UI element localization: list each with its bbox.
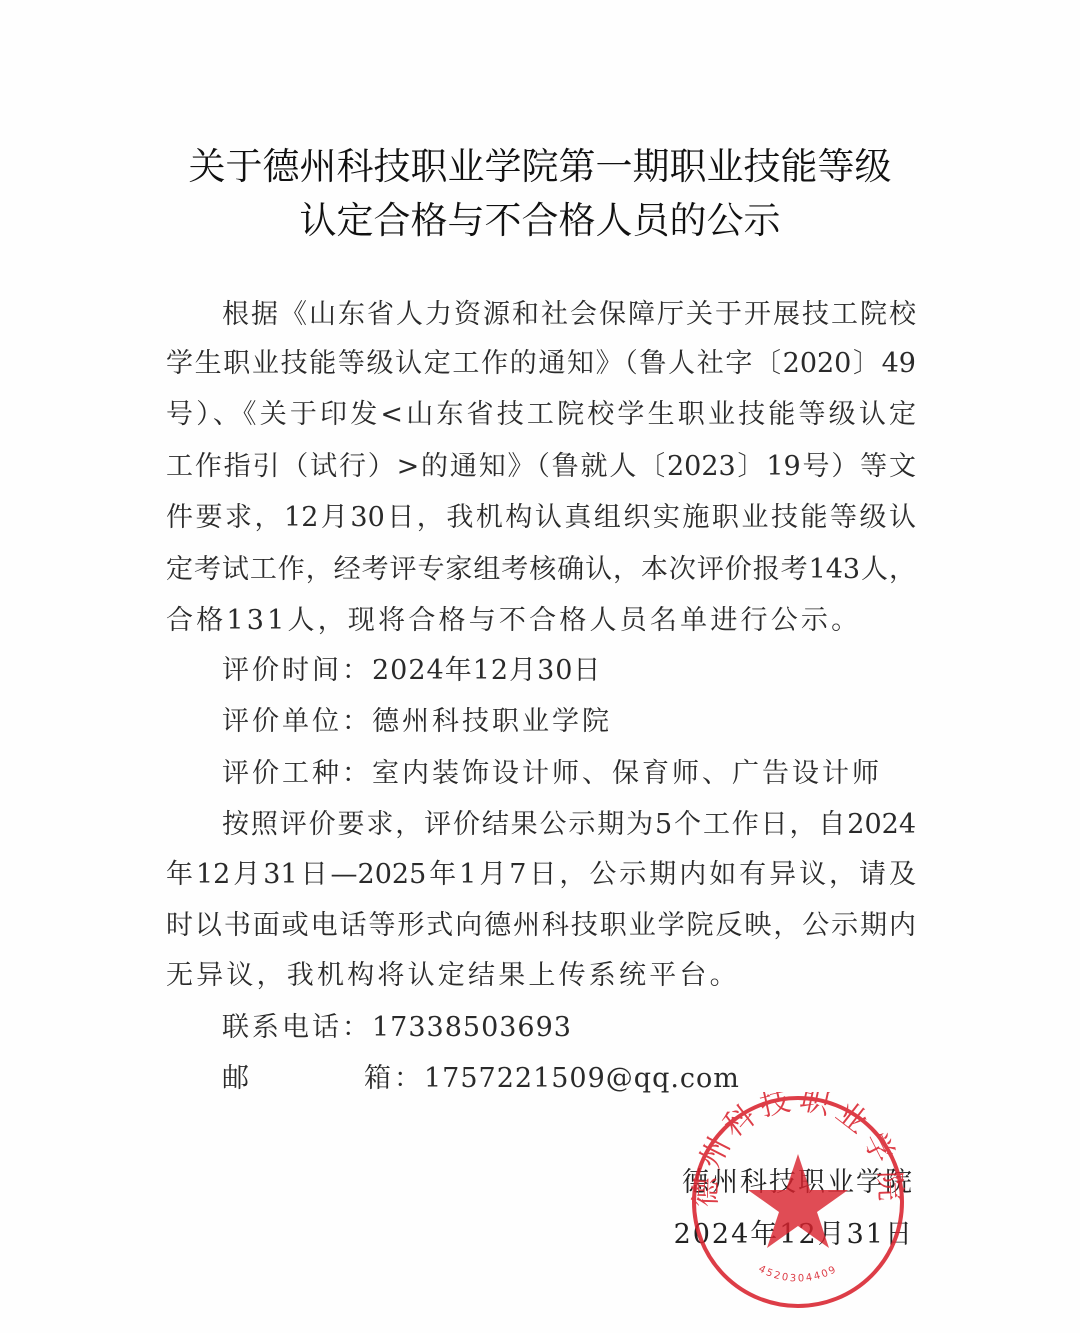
official-seal-icon: 德州科技职业学院 4520304409 bbox=[688, 1092, 908, 1312]
paragraph1-line: 学生职业技能等级认定工作的通知》（鲁人社字〔2020〕49 bbox=[166, 347, 916, 381]
document-title-line1: 关于德州科技职业学院第一期职业技能等级 bbox=[150, 136, 930, 190]
eval-type-value: 室内装饰设计师、保育师、广告设计师 bbox=[372, 758, 882, 789]
paragraph1-line: 工作指引（试行）>的通知》（鲁就人〔2023〕19号）等文 bbox=[166, 450, 916, 484]
signature-date: 2024年12月31日 bbox=[674, 1212, 914, 1251]
svg-text:4520304409: 4520304409 bbox=[757, 1264, 840, 1285]
document-page: 关于德州科技职业学院第一期职业技能等级 认定合格与不合格人员的公示 根据《山东省… bbox=[0, 0, 1080, 1333]
paragraph1-line: 定考试工作，经考评专家组考核确认，本次评价报考143人， bbox=[166, 553, 916, 587]
paragraph2-line: 按照评价要求，评价结果公示期为5个工作日，自2024 bbox=[222, 808, 916, 842]
paragraph1-line: 号）、《关于印发<山东省技工院校学生职业技能等级认定 bbox=[166, 398, 916, 432]
paragraph2-line: 年12月31日—2025年1月7日，公示期内如有异议，请及 bbox=[166, 858, 916, 892]
signature-organization: 德州科技职业学院 bbox=[682, 1160, 914, 1199]
email-label-char2: 箱： bbox=[364, 1063, 424, 1094]
eval-type-row: 评价工种：室内装饰设计师、保育师、广告设计师 bbox=[222, 757, 882, 791]
eval-time-value: 2024年12月30日 bbox=[372, 655, 601, 686]
paragraph2-line: 时以书面或电话等形式向德州科技职业学院反映，公示期内 bbox=[166, 909, 916, 943]
eval-time-row: 评价时间：2024年12月30日 bbox=[222, 654, 601, 688]
phone-value[interactable]: 17338503693 bbox=[372, 1012, 572, 1043]
contact-email-row: 邮箱：1757221509@qq.com bbox=[222, 1062, 740, 1096]
eval-unit-value: 德州科技职业学院 bbox=[372, 706, 612, 737]
paragraph1-line: 根据《山东省人力资源和社会保障厅关于开展技工院校 bbox=[222, 298, 916, 332]
eval-unit-label: 评价单位： bbox=[222, 706, 372, 737]
contact-phone-row: 联系电话：17338503693 bbox=[222, 1011, 572, 1045]
eval-unit-row: 评价单位：德州科技职业学院 bbox=[222, 705, 612, 739]
paragraph2-line: 无异议，我机构将认定结果上传系统平台。 bbox=[166, 959, 916, 993]
paragraph1-line: 件要求，12月30日，我机构认真组织实施职业技能等级认 bbox=[166, 501, 916, 535]
email-label: 邮 bbox=[222, 1062, 332, 1096]
eval-time-label: 评价时间： bbox=[222, 655, 372, 686]
document-title-line2: 认定合格与不合格人员的公示 bbox=[150, 190, 930, 244]
phone-label: 联系电话： bbox=[222, 1012, 372, 1043]
paragraph1-line: 合格131人，现将合格与不合格人员名单进行公示。 bbox=[166, 604, 916, 638]
email-label-char1: 邮 bbox=[222, 1062, 252, 1096]
eval-type-label: 评价工种： bbox=[222, 758, 372, 789]
email-value[interactable]: 1757221509@qq.com bbox=[424, 1063, 740, 1094]
